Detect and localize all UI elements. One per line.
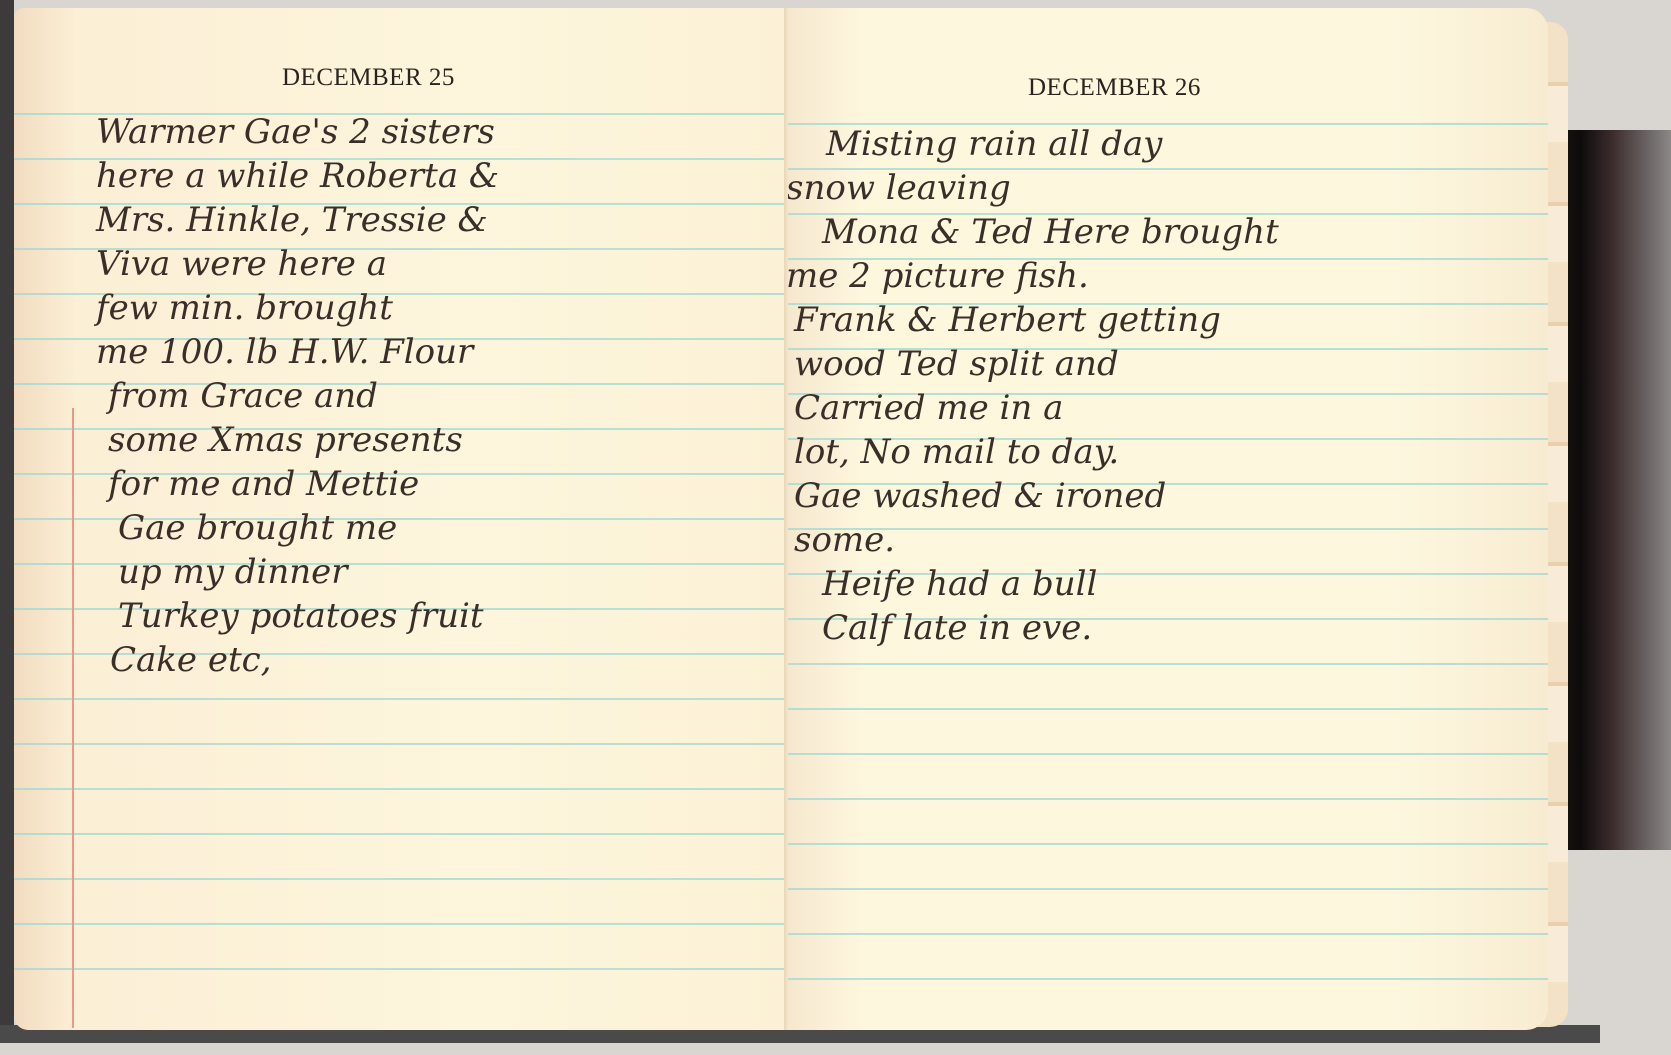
handwritten-line: few min. brought	[96, 286, 499, 330]
handwritten-line: Misting rain all day	[788, 122, 1279, 166]
handwritten-line: some Xmas presents	[96, 418, 499, 462]
handwritten-line: Cake etc,	[96, 638, 499, 682]
handwritten-line: Frank & Herbert getting	[788, 298, 1279, 342]
diary-entry-dec-25: Warmer Gae's 2 sisters here a while Robe…	[96, 110, 499, 682]
date-heading-left: DECEMBER 25	[282, 64, 455, 92]
handwritten-line: Gae washed & ironed	[788, 474, 1279, 518]
handwritten-line: lot, No mail to day.	[788, 430, 1279, 474]
right-page: DECEMBER 26 Misting rain all day snow le…	[788, 8, 1548, 1030]
handwritten-line: some.	[788, 518, 1279, 562]
handwritten-line: me 2 picture fish.	[788, 254, 1279, 298]
handwritten-line: up my dinner	[96, 550, 499, 594]
handwritten-line: Carried me in a	[788, 386, 1279, 430]
handwritten-line: me 100. lb H.W. Flour	[96, 330, 499, 374]
handwritten-line: Heife had a bull	[788, 562, 1279, 606]
handwritten-line: from Grace and	[96, 374, 499, 418]
handwritten-line: Turkey potatoes fruit	[96, 594, 499, 638]
handwritten-line: Gae brought me	[96, 506, 499, 550]
diary-entry-dec-26: Misting rain all day snow leaving Mona &…	[788, 122, 1279, 650]
handwritten-line: Warmer Gae's 2 sisters	[96, 110, 499, 154]
handwritten-line: Mona & Ted Here brought	[788, 210, 1279, 254]
handwritten-line: for me and Mettie	[96, 462, 499, 506]
handwritten-line: Viva were here a	[96, 242, 499, 286]
handwritten-line: Calf late in eve.	[788, 606, 1279, 650]
handwritten-line: snow leaving	[788, 166, 1279, 210]
handwritten-line: here a while Roberta &	[96, 154, 499, 198]
margin-line	[72, 408, 74, 1028]
handwritten-line: Mrs. Hinkle, Tressie &	[96, 198, 499, 242]
date-heading-right: DECEMBER 26	[1028, 74, 1201, 102]
handwritten-line: wood Ted split and	[788, 342, 1279, 386]
diary-spread: DECEMBER 25 Warmer Gae's 2 sisters here …	[8, 8, 1528, 1030]
left-page: DECEMBER 25 Warmer Gae's 2 sisters here …	[14, 8, 788, 1030]
